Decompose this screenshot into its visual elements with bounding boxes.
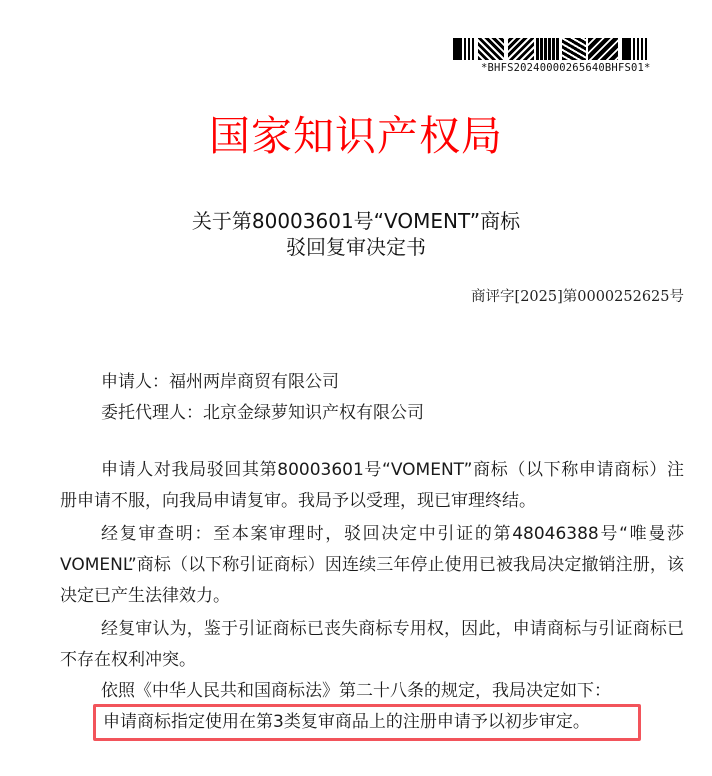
title-line-1: 关于第80003601号“VOMENT”商标 [0, 208, 712, 234]
paragraph-2: 经复审查明：至本案审理时，驳回决定中引证的第48046388号“唯曼莎VOMEN… [60, 519, 684, 612]
paragraph-text: 申请人对我局驳回其第80003601号“VOMENT”商标（以下称申请商标）注册… [60, 455, 684, 517]
barcode-graphic [453, 38, 663, 60]
applicant: 申请人：福州两岸商贸有限公司 [101, 367, 424, 398]
title-line-2: 驳回复审决定书 [0, 234, 712, 260]
reference-number: 商评字[2025]第0000252625号 [471, 285, 684, 306]
paragraph-text: 经复审查明：至本案审理时，驳回决定中引证的第48046388号“唯曼莎VOMEN… [60, 519, 684, 612]
agent: 委托代理人：北京金绿萝知识产权有限公司 [101, 398, 424, 429]
paragraph-text: 依照《中华人民共和国商标法》第二十八条的规定，我局决定如下： [60, 676, 684, 707]
barcode-text: *BHFS20240000265640BHFS01* [481, 62, 663, 74]
paragraph-1: 申请人对我局驳回其第80003601号“VOMENT”商标（以下称申请商标）注册… [60, 455, 684, 517]
document-title: 关于第80003601号“VOMENT”商标 驳回复审决定书 [0, 208, 712, 260]
paragraph-text: 经复审认为，鉴于引证商标已丧失商标专用权，因此，申请商标与引证商标已不存在权利冲… [60, 614, 684, 676]
decision-highlight: 申请商标指定使用在第3类复审商品上的注册申请予以初步审定。 [93, 704, 641, 741]
parties-block: 申请人：福州两岸商贸有限公司 委托代理人：北京金绿萝知识产权有限公司 [101, 367, 424, 429]
agency-name: 国家知识产权局 [0, 103, 712, 162]
paragraph-4: 依照《中华人民共和国商标法》第二十八条的规定，我局决定如下： [60, 676, 684, 707]
document-barcode: *BHFS20240000265640BHFS01* [453, 38, 663, 74]
paragraph-3: 经复审认为，鉴于引证商标已丧失商标专用权，因此，申请商标与引证商标已不存在权利冲… [60, 614, 684, 676]
